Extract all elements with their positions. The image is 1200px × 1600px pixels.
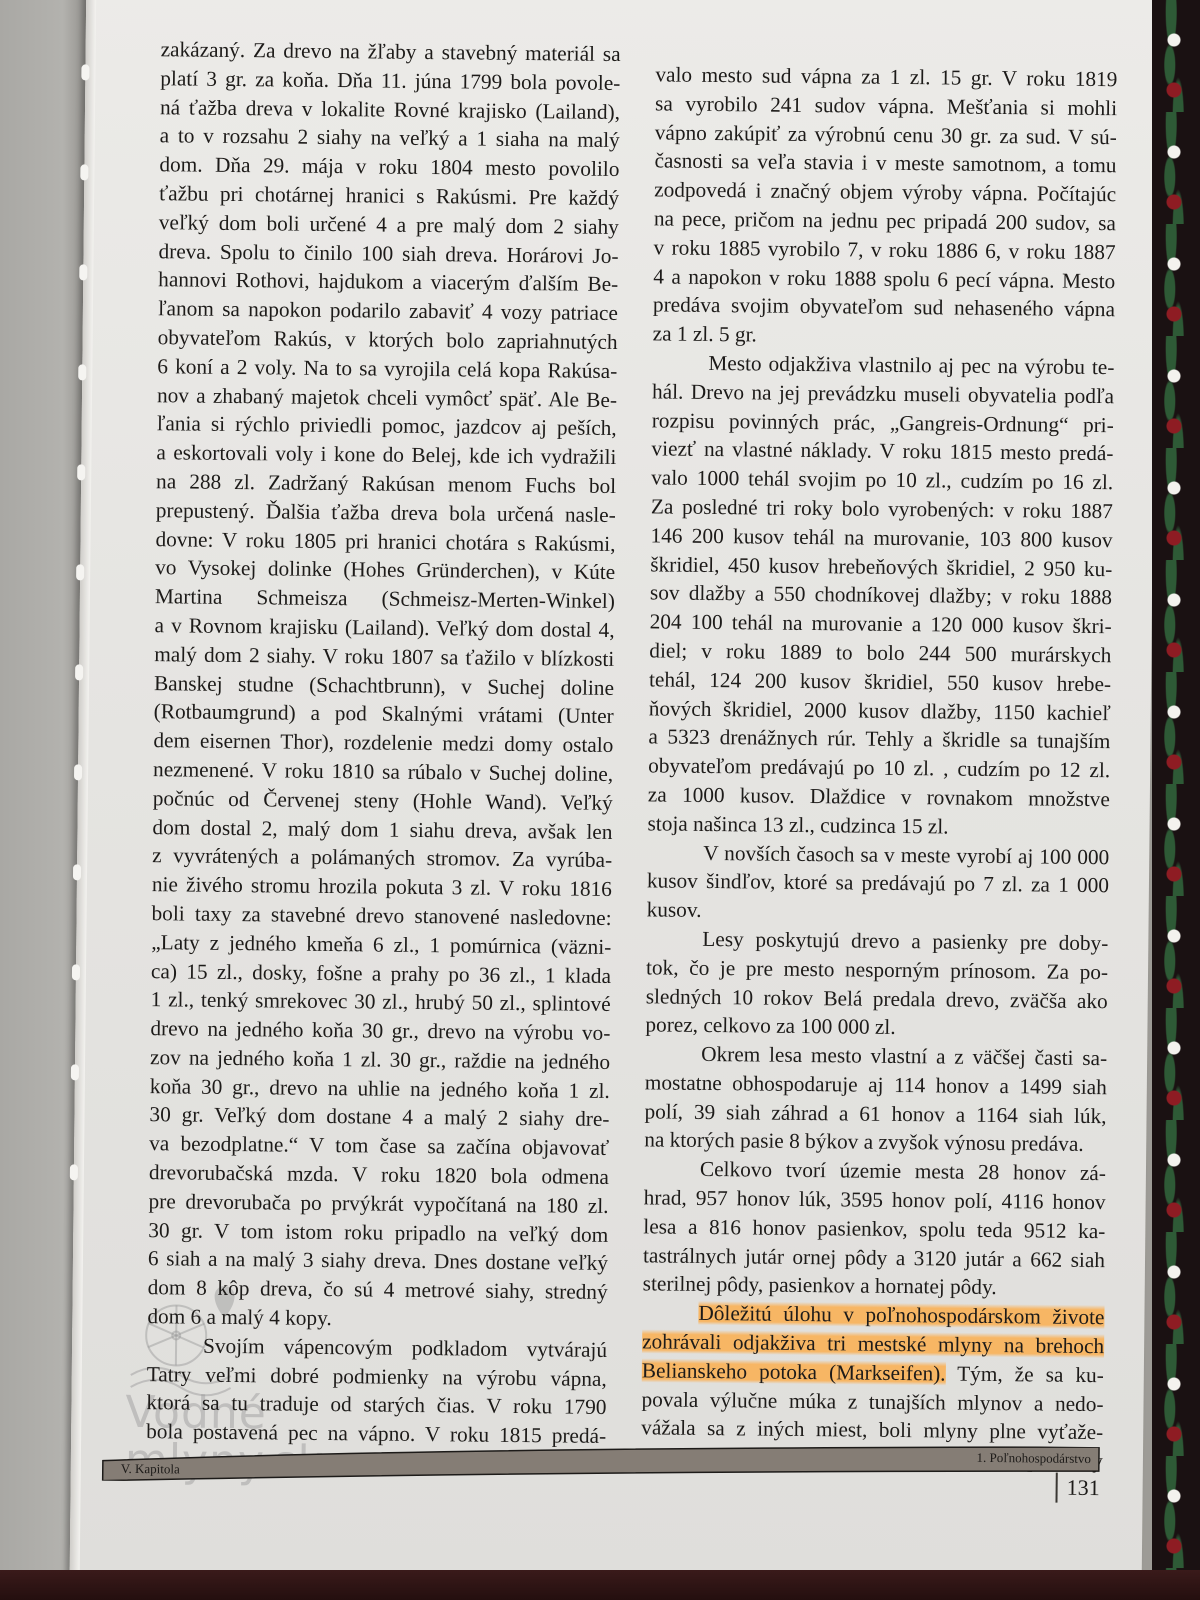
text-line: kusov šindľov, ktoré sa predávajú po 7 z…	[647, 867, 1109, 901]
text-line: Belianskeho potoka (Markseifen). Tým, že…	[642, 1356, 1104, 1390]
text-line: nezmenené. V roku 1810 sa rúbalo v Suche…	[153, 755, 613, 789]
text-line: drevo na jedného koňa 30 gr., drevo na v…	[150, 1014, 610, 1048]
page-number: 131	[1067, 1475, 1100, 1501]
paragraph: Mesto odjakživa vlastnilo aj pec na výro…	[647, 348, 1114, 842]
text-line: valo mesto sud vápna za 1 zl. 15 gr. V r…	[655, 60, 1117, 94]
binding-notch	[70, 1164, 78, 1180]
text-line: boli taxy za stavebné drevo stanovené na…	[151, 899, 611, 933]
highlighted-text: zohrávali odjakživa tri mestské mlyny na…	[642, 1329, 1104, 1358]
text-line: lesa a 816 honov pasienkov, spolu teda 9…	[643, 1212, 1105, 1246]
paragraph: zakázaný. Za drevo na žľaby a stavebný m…	[147, 35, 621, 1336]
text-line: za 1000 kusov. Dlaždice v rovnakom množs…	[648, 780, 1110, 814]
binding-notch	[76, 564, 84, 580]
text-line: tok, čo je pre mesto nesporným prínosom.…	[646, 953, 1108, 987]
text-line: obyvateľom Rakús, v ktorých bolo zapriah…	[157, 323, 617, 357]
text-line: Okrem lesa mesto vlastní a z väčšej čast…	[645, 1039, 1107, 1073]
binding-notch	[81, 64, 89, 80]
text-line: sa vyrobilo 241 sudov vápna. Mešťania si…	[655, 89, 1117, 123]
text-line: Svojím vápencovým podkladom vytvárajú	[147, 1331, 607, 1365]
text-line: veľký dom boli určené 4 a pre malý dom 2…	[159, 208, 619, 242]
highlighted-text: Belianskeho potoka (Markseifen).	[642, 1358, 946, 1385]
binding-notch	[77, 464, 85, 480]
text-line: drevorubačská mzda. V roku 1820 bola odm…	[149, 1158, 609, 1192]
binding-notch	[72, 964, 80, 980]
paragraph: V novších časoch sa v meste vyrobí aj 10…	[647, 838, 1110, 929]
text-line: Za posledné tri roky bolo vyrobených: v …	[651, 492, 1113, 526]
text-line: zov na jedného koňa 1 zl. 30 gr., raždie…	[150, 1043, 610, 1077]
table-surface	[0, 1570, 1200, 1600]
binding-notch	[71, 1064, 79, 1080]
paragraph: Lesy poskytujú drevo a pasienky pre doby…	[645, 924, 1108, 1044]
highlighted-text: Dôležitú úlohu v poľnohospodárskom život…	[698, 1301, 1104, 1329]
text-line: hrad, 957 honov lúk, 3595 honov polí, 41…	[644, 1183, 1106, 1217]
binding-notch	[73, 864, 81, 880]
binding-notch	[80, 164, 88, 180]
text-line: na pece, pričom na jednu pec pripadá 200…	[654, 204, 1116, 238]
text-line: obyvateľom predávajú po 10 zl. , cudzím …	[648, 751, 1110, 785]
text-line: pre drevorubača po prvýkrát vypočítaná n…	[148, 1187, 608, 1221]
paragraph: Celkovo tvorí územie mesta 28 honov zá-h…	[643, 1155, 1106, 1304]
binding-notch	[79, 264, 87, 280]
book-page: Vodné mlyny.sk zakázaný. Za drevo na žľa…	[70, 0, 1159, 1591]
paragraph: Svojím vápencovým podkladom vytvárajúTat…	[146, 1331, 607, 1451]
text-line: dom 6 a malý 4 kopy.	[147, 1302, 607, 1336]
text-line: Mesto odjakživa vlastnilo aj pec na výro…	[652, 348, 1114, 382]
text-line: v roku 1885 vyrobilo 7, v roku 1886 6, v…	[653, 233, 1115, 267]
chapter-label: V. Kapitola	[121, 1461, 180, 1478]
text-line: nie živého stromu hrozila pokuta 3 zl. V…	[152, 870, 612, 904]
right-paragraphs: valo mesto sud vápna za 1 zl. 15 gr. V r…	[643, 60, 1118, 1303]
section-label: 1. Poľnohospodárstvo	[977, 1450, 1092, 1467]
page-number-rule	[1055, 1473, 1057, 1503]
text-line: stoja našinca 13 zl., cudzinca 15 zl.	[647, 809, 1109, 843]
text-line: hál. Drevo na jej prevádzku museli obyva…	[652, 377, 1114, 411]
text-line: diel; v roku 1889 to bolo 244 500 murárs…	[649, 636, 1111, 670]
left-column: zakázaný. Za drevo na žľaby a stavebný m…	[146, 35, 621, 1451]
text-line: dem eisernen Thor), rozdelenie medzi dom…	[153, 726, 613, 760]
binding-notch	[75, 664, 83, 680]
floral-embroidery-pattern	[1160, 0, 1188, 1600]
text-line: 6 koní a 2 voly. Na to sa vyrojila celá …	[157, 352, 617, 386]
text-line: tehál, 124 200 kusov škridiel, 550 kusov…	[649, 665, 1111, 699]
text-line: na 288 zl. Zadržaný Rakúsan menom Fuchs …	[156, 467, 616, 501]
text-line: ťažbu pri chotárnej hranici s Rakúsmi. P…	[159, 179, 619, 213]
footer-ribbon-shape	[101, 1437, 1101, 1491]
text-line: Lesy poskytujú drevo a pasienky pre doby…	[646, 924, 1108, 958]
text-line: 146 200 kusov tehál na murovanie, 103 80…	[650, 521, 1112, 555]
text-line: malý dom 2 siahy. V roku 1807 sa ťažilo …	[154, 640, 614, 674]
text-line: zakázaný. Za drevo na žľaby a stavebný m…	[160, 35, 620, 69]
text-line: platí 3 gr. za koňa. Dňa 11. júna 1799 b…	[160, 64, 620, 98]
text-line: prepustený. Ďalšia ťažba dreva bola urče…	[156, 496, 616, 530]
text-fragment: Tým, že sa ku-	[945, 1361, 1103, 1387]
binding-notch	[78, 364, 86, 380]
bookmark-ribbon	[1152, 0, 1200, 1600]
paragraph: valo mesto sud vápna za 1 zl. 15 gr. V r…	[653, 60, 1118, 353]
text-line: mostatne obhospodaruje aj 114 honov a 14…	[645, 1068, 1107, 1102]
text-line: zohrávali odjakživa tri mestské mlyny na…	[642, 1327, 1104, 1361]
text-line: „Laty z jedného kmeňa 6 zl., 1 pomúrnica…	[151, 928, 611, 962]
right-column: valo mesto sud vápna za 1 zl. 15 gr. V r…	[641, 60, 1118, 1476]
text-line: počnúc od Červenej steny (Hohle Wand). V…	[153, 784, 613, 818]
text-line: a v Rovnom krajisku (Lailand). Veľký dom…	[154, 611, 614, 645]
paragraph: Okrem lesa mesto vlastní a z väčšej čast…	[644, 1039, 1107, 1159]
binding-notch	[74, 764, 82, 780]
